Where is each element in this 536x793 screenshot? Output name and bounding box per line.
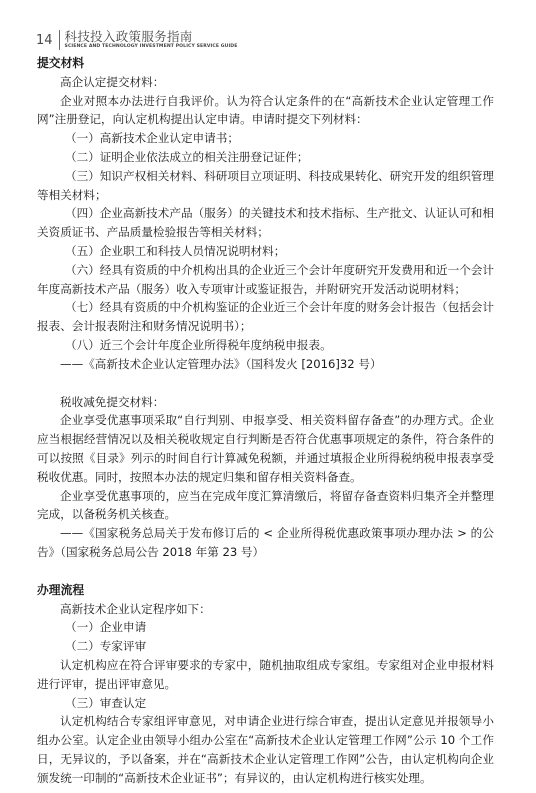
list-item: （二）证明企业依法成立的相关注册登记证件；	[37, 148, 494, 167]
running-header: 14 科技投入政策服务指南 SCIENCE AND TECHNOLOGY INV…	[36, 29, 237, 51]
page-body: 提交材料 高企认定提交材料： 企业对照本办法进行自我评价。认为符合认定条件的在“…	[37, 54, 494, 787]
hightech-source-citation: ——《高新技术企业认定管理办法》（国科发火 [2016]32 号）	[37, 355, 494, 374]
process-step-3: （三）审查认定	[37, 694, 494, 713]
header-divider	[59, 30, 60, 50]
tax-paragraph-2: 企业享受优惠事项的，应当在完成年度汇算清缴后，将留存备查资料归集齐全并整理完成，…	[37, 487, 494, 525]
list-item: （三）知识产权相关材料、科研项目立项证明、科技成果转化、研究开发的组织管理等相关…	[37, 167, 494, 205]
spacer	[37, 374, 494, 393]
list-item: （一）高新技术企业认定申请书；	[37, 129, 494, 148]
process-step-3-desc: 认定机构结合专家组评审意见，对申请企业进行综合审查，提出认定意见并报领导小组办公…	[37, 712, 494, 787]
process-step-2-desc: 认定机构应在符合评审要求的专家中，随机抽取组成专家组。专家组对企业申报材料进行评…	[37, 656, 494, 694]
tax-source-citation: ——《国家税务总局关于发布修订后的 < 企业所得税优惠政策事项办理办法 > 的公…	[37, 524, 494, 562]
process-intro: 高新技术企业认定程序如下：	[37, 600, 494, 619]
spacer	[37, 562, 494, 581]
hightech-intro: 企业对照本办法进行自我评价。认为符合认定条件的在“高新技术企业认定管理工作网”注…	[37, 92, 494, 130]
process-step-2: （二）专家评审	[37, 637, 494, 656]
list-item: （五）企业职工和科技人员情况说明材料；	[37, 242, 494, 261]
section-heading-materials: 提交材料	[37, 54, 494, 73]
book-title: 科技投入政策服务指南	[65, 29, 238, 44]
header-titles: 科技投入政策服务指南 SCIENCE AND TECHNOLOGY INVEST…	[65, 29, 238, 50]
list-item: （八）近三个会计年度企业所得税年度纳税申报表。	[37, 336, 494, 355]
tax-paragraph-1: 企业享受优惠事项采取“自行判别、申报享受、相关资料留存备查”的办理方式。企业应当…	[37, 411, 494, 486]
process-step-1: （一）企业申请	[37, 618, 494, 637]
hightech-label: 高企认定提交材料：	[37, 73, 494, 92]
list-item: （六）经具有资质的中介机构出具的企业近三个会计年度研究开发费用和近一个会计年度高…	[37, 261, 494, 299]
section-heading-process: 办理流程	[37, 581, 494, 600]
page-number: 14	[36, 31, 53, 51]
tax-label: 税收减免提交材料：	[37, 393, 494, 412]
list-item: （七）经具有资质的中介机构鉴证的企业近三个会计年度的财务会计报告（包括会计报表、…	[37, 298, 494, 336]
list-item: （四）企业高新技术产品（服务）的关键技术和技术指标、生产批文、认证认可和相关资质…	[37, 204, 494, 242]
book-subtitle: SCIENCE AND TECHNOLOGY INVESTMENT POLICY…	[65, 44, 238, 50]
